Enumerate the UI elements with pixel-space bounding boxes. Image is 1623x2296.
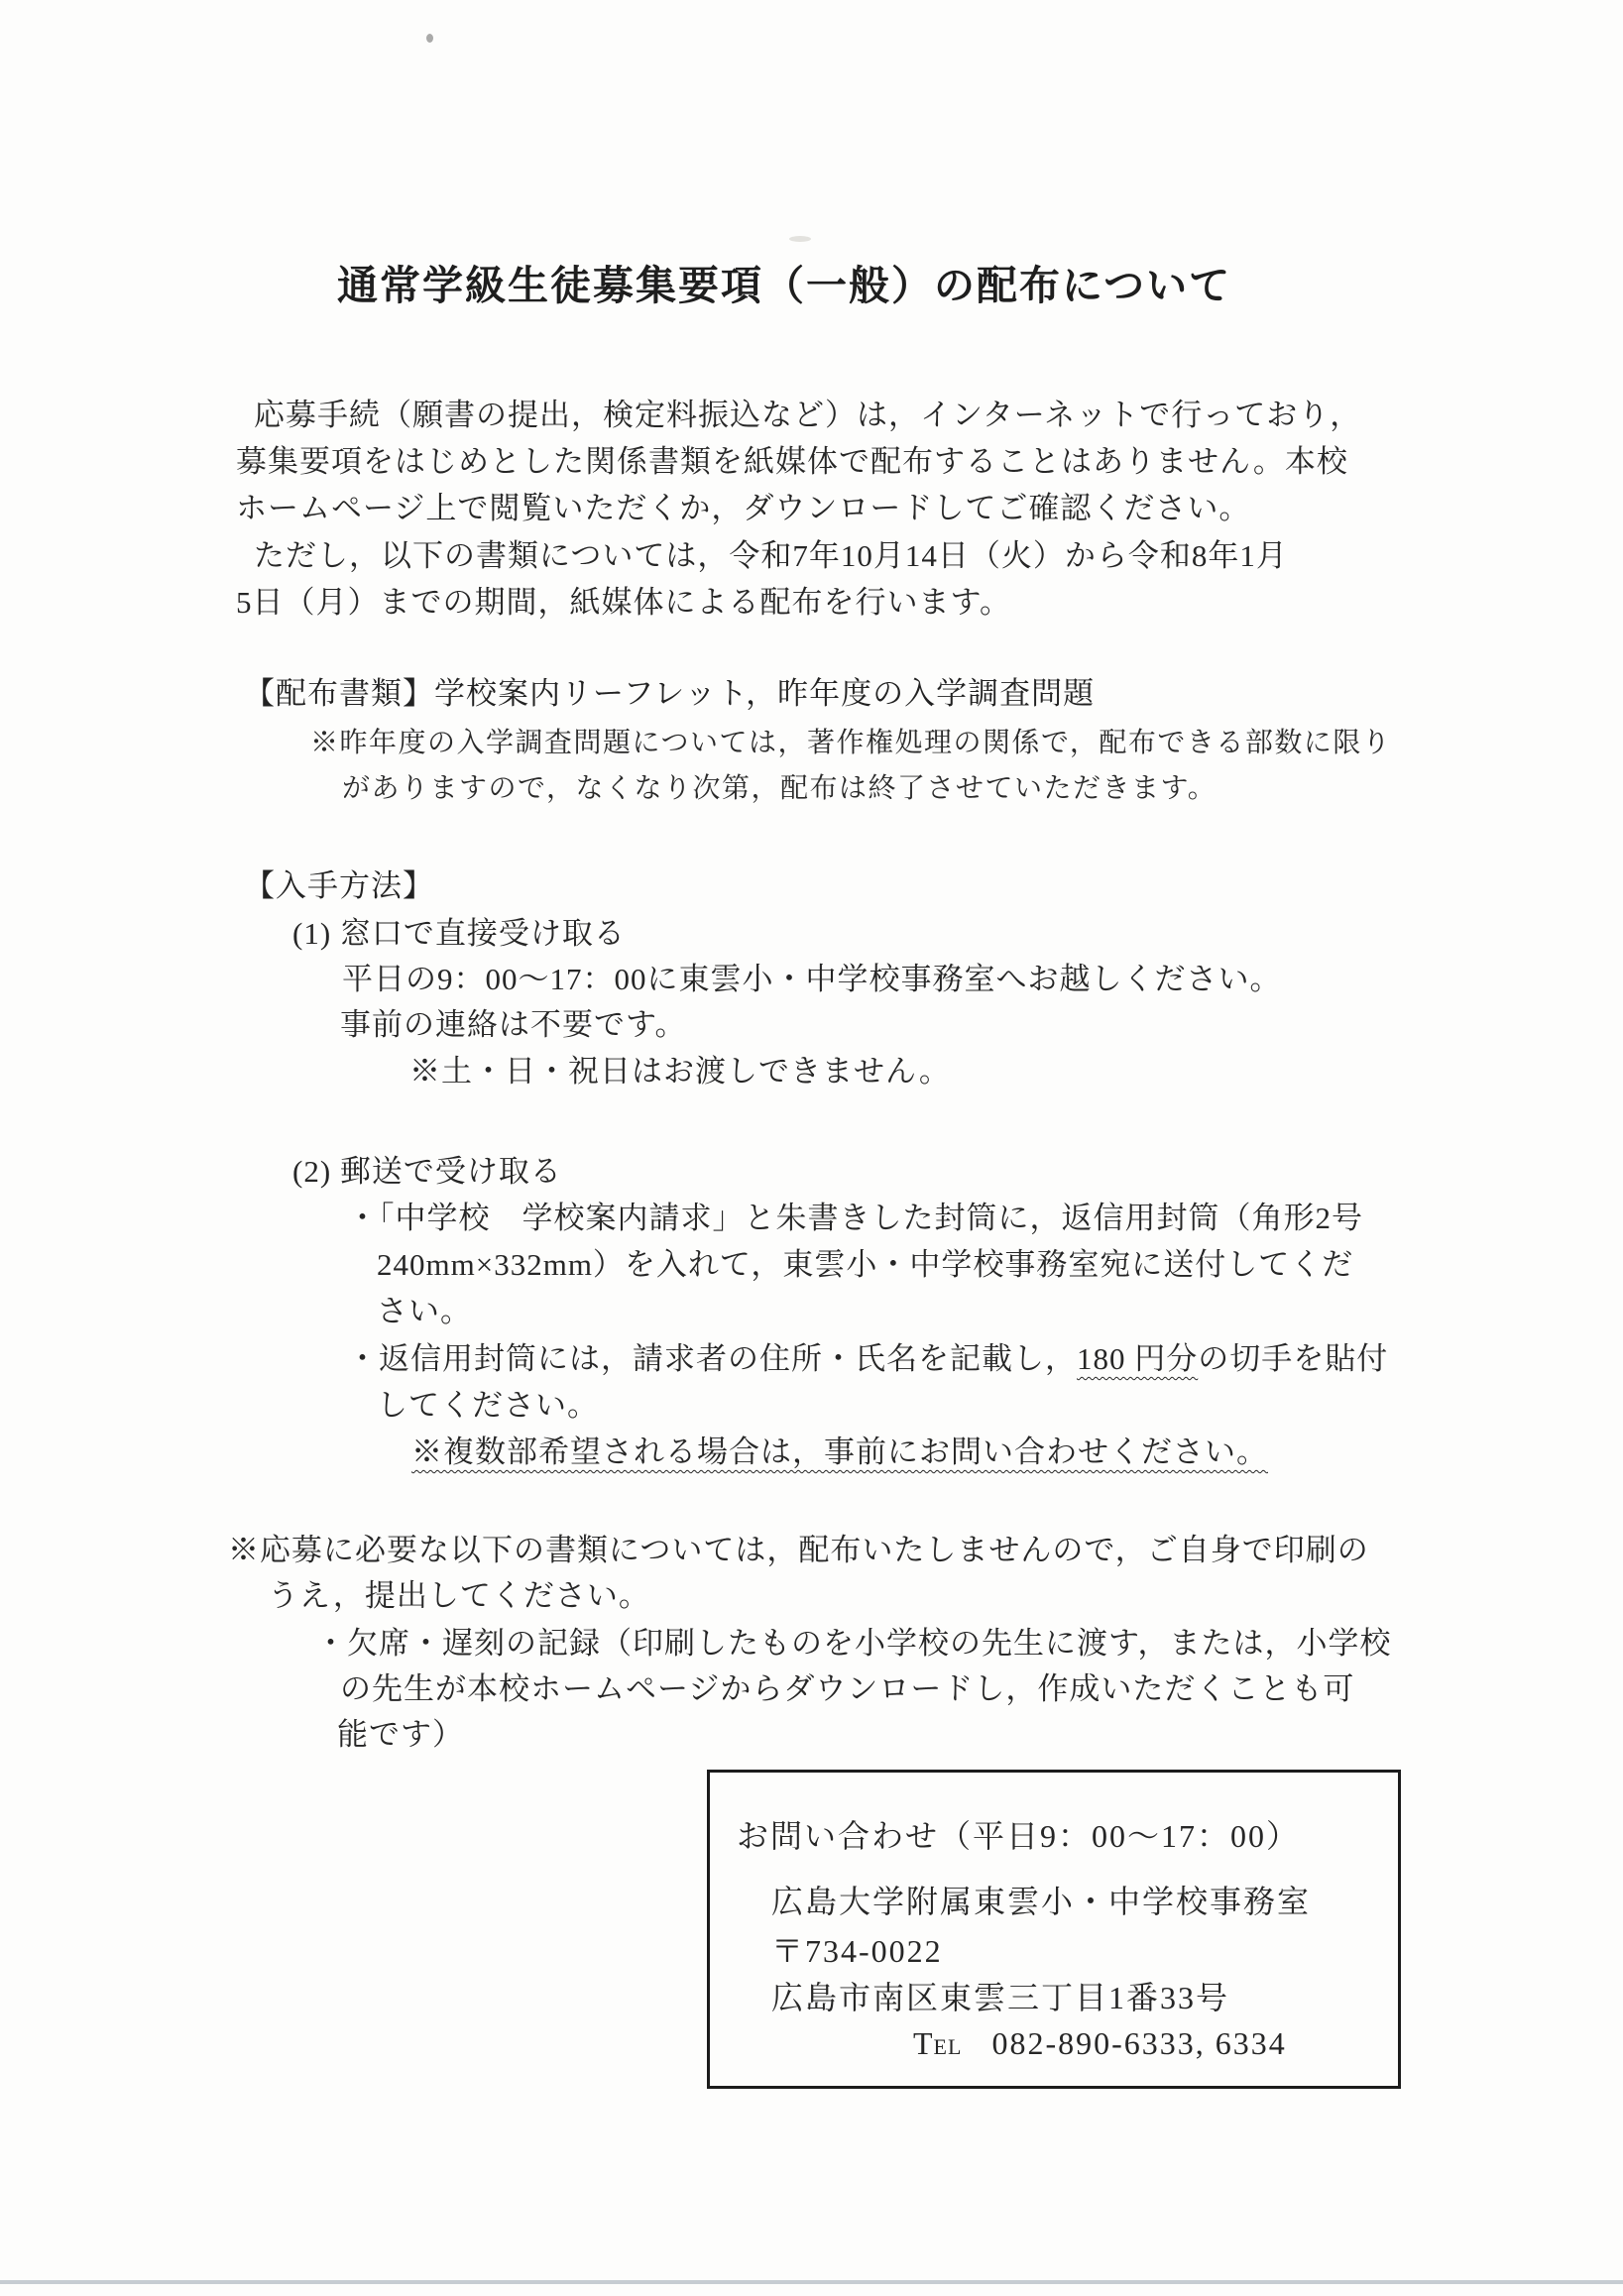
method1-title: (1) 窓口で直接受け取る	[292, 914, 626, 954]
distribution-note-line-2: がありますので，なくなり次第，配布は終了させていただきます。	[342, 770, 1217, 808]
scan-smudge	[789, 236, 811, 242]
contact-heading: お問い合わせ（平日9：00～17：00）	[737, 1816, 1300, 1856]
intro-line-5: 5日（月）までの期間，紙媒体による配布を行います。	[236, 583, 1011, 623]
intro-line-4: ただし，以下の書類については，令和7年10月14日（火）から令和8年1月	[254, 536, 1288, 576]
self-print-item-line-3: 能です）	[337, 1715, 464, 1755]
method2-item2-post: の切手を貼付	[1198, 1341, 1388, 1376]
tel-numbers: 082-890-6333, 6334	[962, 2025, 1286, 2061]
method2-item2-line-1: ・返信用封筒には，請求者の住所・氏名を記載し，180 円分の切手を貼付	[347, 1339, 1388, 1379]
scan-speck	[426, 34, 433, 43]
intro-line-3: ホームページ上で閲覧いただくか，ダウンロードしてご確認ください。	[236, 489, 1250, 528]
intro-line-2: 募集要項をはじめとした関係書類を紙媒体で配布することはありません。本校	[236, 442, 1348, 482]
method2-item2-pre: ・返信用封筒には，請求者の住所・氏名を記載し，	[347, 1341, 1077, 1376]
method1-note: ※土・日・祝日はお渡しできません。	[409, 1052, 951, 1091]
method2-note: ※複数部希望される場合は，事前にお問い合わせください。	[411, 1433, 1268, 1472]
method2-item1-line-1: ・「中学校 学校案内請求」と朱書きした封筒に，返信用封筒（角形2号	[347, 1199, 1363, 1238]
method2-title: (2) 郵送で受け取る	[292, 1152, 562, 1192]
self-print-line-1: ※応募に必要な以下の書類については，配布いたしませんので，ご自身で印刷の	[228, 1531, 1369, 1570]
self-print-line-2: うえ，提出してください。	[268, 1576, 650, 1616]
contact-postal-code: 〒734-0022	[771, 1931, 943, 1971]
self-print-item-line-2: の先生が本校ホームページからダウンロードし，作成いただくことも可	[340, 1669, 1354, 1709]
intro-line-1: 応募手続（願書の提出，検定料振込など）は，インターネットで行っており，	[254, 396, 1361, 435]
method2-item1-line-3: さい。	[377, 1292, 472, 1331]
method2-item2-line-2: してください。	[377, 1386, 599, 1426]
contact-tel-line: TEL 082-890-6333, 6334	[913, 2023, 1287, 2067]
method2-item1-line-2: 240mm×332mm）を入れて，東雲小・中学校事務室宛に送付してくだ	[377, 1245, 1353, 1285]
self-print-item-line-1: ・欠席・遅刻の記録（印刷したものを小学校の先生に渡す，または，小学校	[315, 1624, 1392, 1664]
section-heading-distribution: 【配布書類】学校案内リーフレット，昨年度の入学調査問題	[244, 674, 1095, 714]
section-heading-how-to-obtain: 【入手方法】	[244, 866, 434, 906]
contact-office: 広島大学附属東雲小・中学校事務室	[771, 1882, 1311, 1921]
method1-line-2: 事前の連絡は不要です。	[340, 1005, 687, 1045]
contact-box: お問い合わせ（平日9：00～17：00） 広島大学附属東雲小・中学校事務室 〒7…	[707, 1770, 1401, 2089]
distribution-note-line-1: ※昨年度の入学調査問題については，著作権処理の関係で，配布できる部数に限り	[310, 725, 1391, 762]
tel-label: TEL	[913, 2023, 962, 2067]
scan-edge-line	[0, 2280, 1623, 2284]
page-title: 通常学級生徒募集要項（一般）の配布について	[337, 260, 1231, 311]
stamp-amount-underlined: 180 円分	[1077, 1341, 1198, 1376]
document-page: 通常学級生徒募集要項（一般）の配布について 応募手続（願書の提出，検定料振込など…	[0, 0, 1623, 2296]
method1-line-1: 平日の9：00～17：00に東雲小・中学校事務室へお越しください。	[342, 960, 1282, 999]
contact-address: 広島市南区東雲三丁目1番33号	[771, 1978, 1229, 2017]
